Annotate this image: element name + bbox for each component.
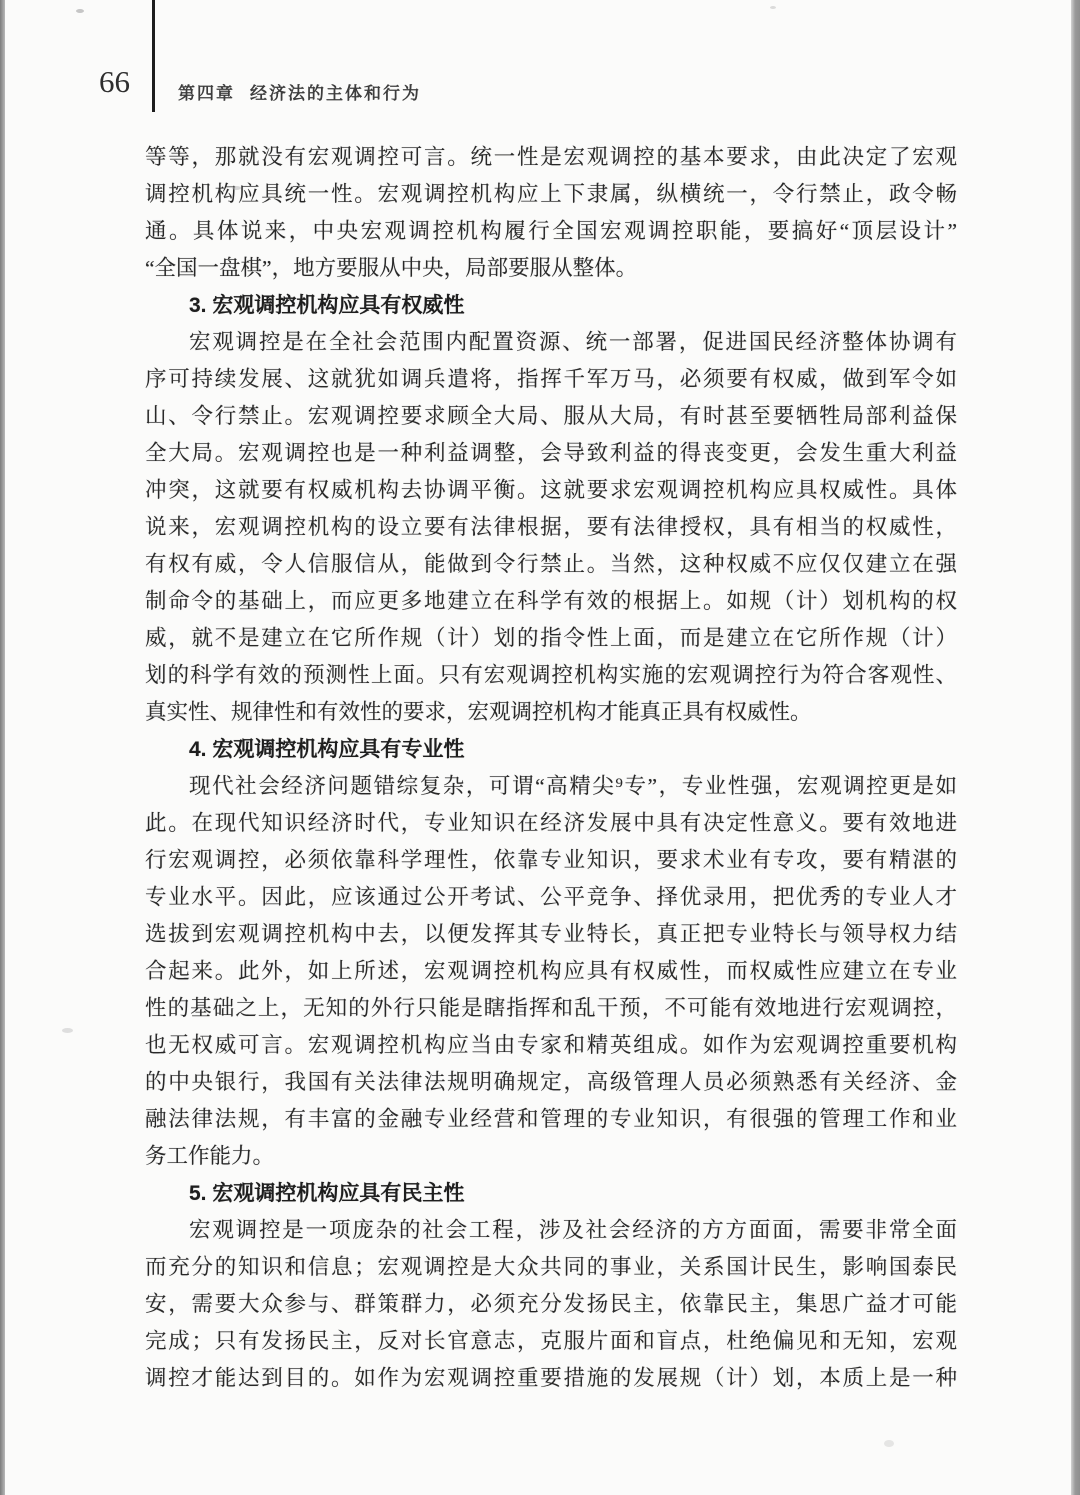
chapter-header: 第四章经济法的主体和行为 (178, 79, 421, 104)
text-line: 序可持续发展、这就犹如调兵遣将，指挥千军万马，必须要有权威，做到军令如 (145, 361, 957, 398)
text-line: 调控才能达到目的。如作为宏观调控重要措施的发展规（计）划，本质上是一种 (145, 1360, 957, 1397)
text-line: 融法律法规，有丰富的金融专业经营和管理的专业知识，有很强的管理工作和业 (145, 1101, 957, 1138)
text-line: 务工作能力。 (145, 1138, 957, 1175)
text-line: 而充分的知识和信息；宏观调控是大众共同的事业，关系国计民生，影响国泰民 (145, 1249, 957, 1286)
scan-edge-left (0, 0, 5, 1495)
text-line: 宏观调控是在全社会范围内配置资源、统一部署，促进国民经济整体协调有 (145, 324, 957, 361)
text-line: 划的科学有效的预测性上面。只有宏观调控机构实施的宏观调控行为符合客观性、 (145, 657, 957, 694)
text-line: 选拔到宏观调控机构中去，以便发挥其专业特长，真正把专业特长与领导权力结 (145, 916, 957, 953)
text-line: 性的基础之上，无知的外行只能是瞎指挥和乱干预，不可能有效地进行宏观调控， (145, 990, 957, 1027)
text-line: 也无权威可言。宏观调控机构应当由专家和精英组成。如作为宏观调控重要机构 (145, 1027, 957, 1064)
text-line: 此。在现代知识经济时代，专业知识在经济发展中具有决定性意义。要有效地进 (145, 805, 957, 842)
text-line: 行宏观调控，必须依靠科学理性，依靠专业知识，要求术业有专攻，要有精湛的 (145, 842, 957, 879)
text-column: 等等，那就没有宏观调控可言。统一性是宏观调控的基本要求，由此决定了宏观调控机构应… (145, 139, 957, 1397)
text-line: 说来，宏观调控机构的设立要有法律根据，要有法律授权，具有相当的权威性， (145, 509, 957, 546)
text-line: 现代社会经济问题错综复杂，可谓“高精尖⁹专”，专业性强，宏观调控更是如 (145, 768, 957, 805)
text-line: 真实性、规律性和有效性的要求，宏观调控机构才能真正具有权威性。 (145, 694, 957, 731)
section-heading: 3. 宏观调控机构应具有权威性 (145, 287, 957, 324)
text-line: 山、令行禁止。宏观调控要求顾全大局、服从大局，有时甚至要牺牲局部利益保 (145, 398, 957, 435)
text-line: 通。具体说来，中央宏观调控机构履行全国宏观调控职能，要搞好“顶层设计” (145, 213, 957, 250)
text-line: 调控机构应具统一性。宏观调控机构应上下隶属，纵横统一，令行禁止，政令畅 (145, 176, 957, 213)
text-line: 合起来。此外，如上所述，宏观调控机构应具有权威性，而权威性应建立在专业 (145, 953, 957, 990)
chapter-label: 第四章 (178, 84, 235, 103)
chapter-title: 经济法的主体和行为 (250, 84, 421, 103)
scan-edge-right (1071, 0, 1080, 1495)
text-line: 威，就不是建立在它所作规（计）划的指令性上面，而是建立在它所作规（计） (145, 620, 957, 657)
section-heading: 4. 宏观调控机构应具有专业性 (145, 731, 957, 768)
text-line: 全大局。宏观调控也是一种利益调整，会导致利益的得丧变更，会发生重大利益 (145, 435, 957, 472)
scan-speck (232, 186, 241, 190)
text-line: 冲突，这就要有权威机构去协调平衡。这就要求宏观调控机构应具权威性。具体 (145, 472, 957, 509)
text-line: 完成；只有发扬民主，反对长官意志，克服片面和盲点，杜绝偏见和无知，宏观 (145, 1323, 957, 1360)
text-line: 的中央银行，我国有关法律法规明确规定，高级管理人员必须熟悉有关经济、金 (145, 1064, 957, 1101)
header-divider (152, 0, 155, 112)
text-line: 等等，那就没有宏观调控可言。统一性是宏观调控的基本要求，由此决定了宏观 (145, 139, 957, 176)
text-line: 专业水平。因此，应该通过公开考试、公平竞争、择优录用，把优秀的专业人才 (145, 879, 957, 916)
scan-speck (770, 6, 776, 9)
text-line: 有权有威，令人信服信从，能做到令行禁止。当然，这种权威不应仅仅建立在强 (145, 546, 957, 583)
scan-speck (884, 1440, 894, 1447)
text-line: 安，需要大众参与、群策群力，必须充分发扬民主，依靠民主，集思广益才可能 (145, 1286, 957, 1323)
text-line: 宏观调控是一项庞杂的社会工程，涉及社会经济的方方面面，需要非常全面 (145, 1212, 957, 1249)
scan-speck (62, 1028, 73, 1033)
section-heading: 5. 宏观调控机构应具有民主性 (145, 1175, 957, 1212)
text-line: 制命令的基础上，而应更多地建立在科学有效的根据上。如规（计）划机构的权 (145, 583, 957, 620)
text-line: “全国一盘棋”，地方要服从中央，局部要服从整体。 (145, 250, 957, 287)
page-number: 66 (99, 64, 130, 100)
scan-speck (76, 9, 84, 13)
